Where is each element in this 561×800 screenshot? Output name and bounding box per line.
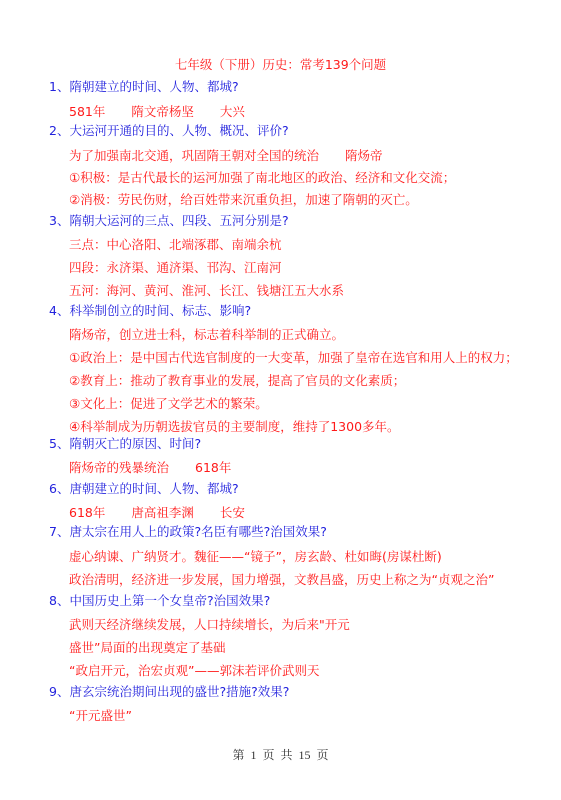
- answer-line: 盛世”局面的出现奠定了基础: [69, 640, 225, 656]
- answer-line: 虚心纳谏、广纳贤才。魏征——“镜子”，房玄龄、杜如晦(房谋杜断): [69, 549, 442, 565]
- answer-cause: 隋炀帝的残暴统治: [69, 460, 169, 475]
- document-page: 七年级（下册）历史：常考139个问题 1、隋朝建立的时间、人物、都城? 581年…: [0, 0, 561, 800]
- answer-line: 四段：永济渠、通济渠、邗沟、江南河: [69, 260, 282, 276]
- question-5: 5、隋朝灭亡的原因、时间?: [49, 436, 201, 452]
- question-6: 6、唐朝建立的时间、人物、都城?: [49, 481, 239, 497]
- answer-person: 隋炀帝: [345, 148, 383, 163]
- answer-line: 政治清明，经济进一步发展，国力增强，文教昌盛，历史上称之为“贞观之治”: [69, 572, 494, 588]
- question-1: 1、隋朝建立的时间、人物、都城?: [49, 79, 239, 95]
- answer-line: ②消极：劳民伤财，给百姓带来沉重负担，加速了隋朝的灭亡。: [69, 192, 418, 208]
- answer-capital: 大兴: [220, 104, 245, 119]
- answer-line: ③文化上：促进了文学艺术的繁荣。: [69, 396, 268, 412]
- answer-line: 581年 隋文帝杨坚 大兴: [69, 104, 245, 120]
- question-4: 4、科举制创立的时间、标志、影响?: [49, 303, 251, 319]
- question-2: 2、大运河开通的目的、人物、概况、评价?: [49, 123, 289, 139]
- answer-line: “政启开元，治宏贞观”——郭沫若评价武则天: [69, 663, 319, 679]
- answer-line: ①政治上：是中国古代选官制度的一大变革，加强了皇帝在选官和用人上的权力；: [69, 350, 518, 366]
- answer-person: 隋文帝杨坚: [131, 104, 194, 119]
- answer-line: 隋炀帝的残暴统治 618年: [69, 460, 231, 476]
- answer-line: 隋炀帝，创立进士科，标志着科举制的正式确立。: [69, 327, 344, 343]
- answer-year: 618年: [69, 505, 105, 520]
- answer-line: 武则天经济继续发展，人口持续增长，为后来"开元: [69, 617, 350, 633]
- answer-line: “开元盛世”: [69, 708, 132, 724]
- document-title: 七年级（下册）历史：常考139个问题: [0, 57, 561, 73]
- answer-purpose: 为了加强南北交通，巩固隋王朝对全国的统治: [69, 148, 319, 163]
- answer-line: ④科举制成为历朝选拔官员的主要制度，维持了1300多年。: [69, 419, 400, 435]
- answer-capital: 长安: [220, 505, 245, 520]
- answer-line: 三点：中心洛阳、北端涿郡、南端余杭: [69, 237, 282, 253]
- answer-line: 为了加强南北交通，巩固隋王朝对全国的统治 隋炀帝: [69, 148, 383, 164]
- answer-year: 581年: [69, 104, 105, 119]
- question-8: 8、中国历史上第一个女皇帝?治国效果?: [49, 593, 270, 609]
- page-number-footer: 第 1 页 共 15 页: [0, 748, 561, 762]
- question-3: 3、隋朝大运河的三点、四段、五河分别是?: [49, 213, 289, 229]
- answer-line: 618年 唐高祖李渊 长安: [69, 505, 245, 521]
- answer-year: 618年: [195, 460, 231, 475]
- answer-line: ①积极：是古代最长的运河加强了南北地区的政治、经济和文化交流；: [69, 170, 455, 186]
- answer-line: ②教育上：推动了教育事业的发展，提高了官员的文化素质；: [69, 373, 405, 389]
- answer-person: 唐高祖李渊: [131, 505, 194, 520]
- answer-line: 五河：海河、黄河、淮河、长江、钱塘江五大水系: [69, 283, 344, 299]
- question-7: 7、唐太宗在用人上的政策?名臣有哪些?治国效果?: [49, 524, 327, 540]
- question-9: 9、唐玄宗统治期间出现的盛世?措施?效果?: [49, 684, 289, 700]
